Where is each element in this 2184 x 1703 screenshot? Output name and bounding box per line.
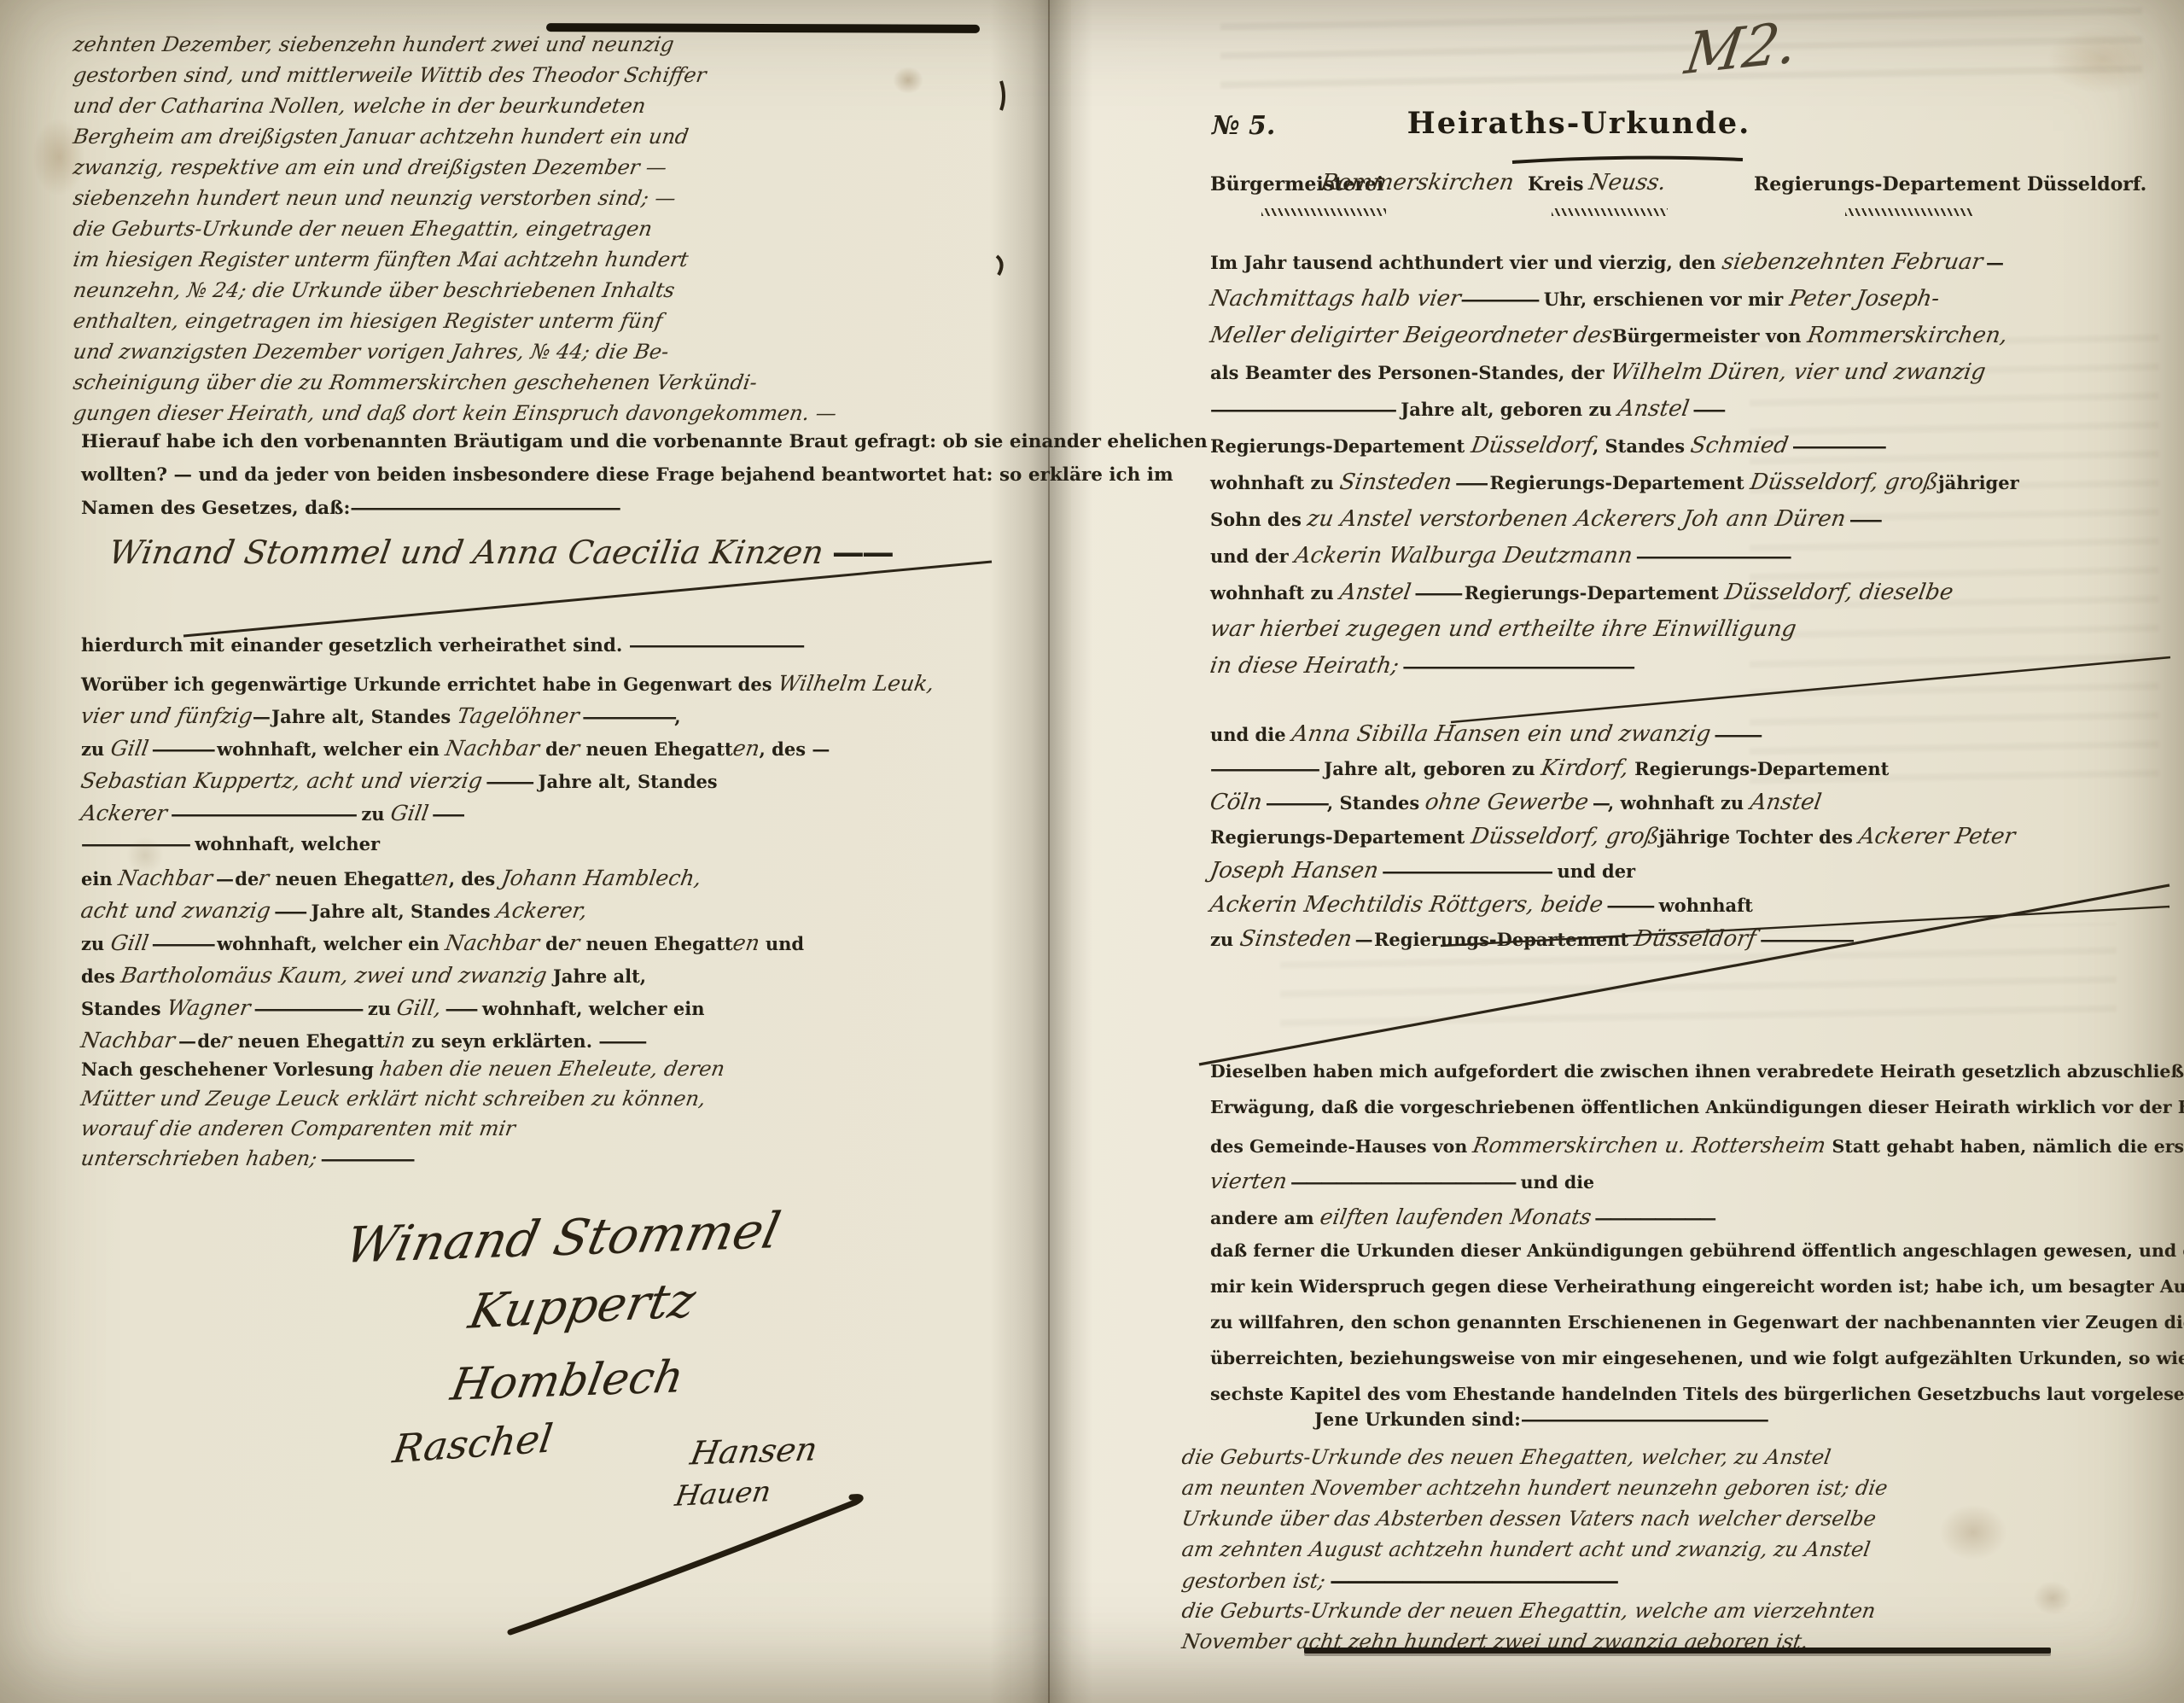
text-line: Nachmittags halb vier ————— Uhr, erschie…: [1210, 286, 2149, 323]
text-line: Namen des Gesetzes, daß:————————————————…: [81, 498, 999, 531]
handwritten-text: siebenzehnten Februar: [1720, 249, 1984, 275]
text-line: andere am eilften laufenden Monats —————…: [1210, 1204, 2149, 1240]
printed-text: Regierungs-Departement: [1210, 826, 1471, 848]
document-title: Heiraths-Urkunde.: [1400, 106, 1758, 141]
handwritten-text: Nachbar: [444, 736, 541, 761]
text-line: worauf die anderen Comparenten mit mir: [81, 1117, 1003, 1146]
handwritten-text: Wagner: [166, 995, 253, 1020]
handwritten-text: vierten: [1208, 1169, 1289, 1193]
text-line: zu Gill ———— wohnhaft, welcher ein Nachb…: [81, 930, 1003, 963]
handwritten-text: und zwanzigsten Dezember vorigen Jahres,…: [72, 340, 671, 364]
text-line: Bergheim am dreißigsten Januar achtzehn …: [73, 125, 987, 155]
rule-fill: ——————: [1756, 929, 1852, 950]
handwritten-text: Gill,: [395, 995, 443, 1020]
rule-fill: ————————————: [167, 803, 355, 825]
rule-fill: ——————: [317, 1148, 412, 1169]
text-line: scheinigung über die zu Rommerskirchen g…: [73, 370, 987, 401]
printed-text: Regierungs-Departement: [1465, 582, 1726, 604]
signature-hansen: Hansen: [688, 1430, 821, 1472]
printed-text: und: [760, 933, 805, 954]
handwritten-text: en: [420, 866, 450, 890]
text-line: ——————— Jahre alt, geboren zu Kirdorf, R…: [1210, 755, 2149, 790]
handwritten-text: Kirdorf,: [1540, 755, 1631, 781]
handwritten-text: en: [731, 736, 760, 761]
text-line: im hiesigen Register unterm fünften Mai …: [73, 248, 987, 278]
text-line: Joseph Hansen ——————————— und der: [1210, 858, 2149, 892]
rule-fill: —: [1589, 792, 1608, 814]
rule-fill: ———————: [1210, 758, 1318, 779]
text-line: des Bartholomäus Kaum, zwei und zwanzig …: [81, 963, 1003, 995]
printed-text: , wohnhaft zu: [1608, 792, 1750, 814]
printed-text: und die: [1210, 724, 1292, 745]
printed-text: wohnhaft, welcher: [189, 833, 380, 854]
printed-text: des Gemeinde-Hauses von: [1210, 1136, 1473, 1157]
text-line: und der Ackerin Walburga Deutzmann —————…: [1210, 543, 2149, 580]
handwritten-text: en: [731, 930, 760, 955]
text-line: ———————————— Jahre alt, geboren zu Anste…: [1210, 396, 2149, 433]
printed-text: Regierungs-Departement: [1374, 929, 1635, 950]
text-line: Mütter und Zeuge Leuck erklärt nicht sch…: [81, 1087, 1003, 1117]
rule-fill: ———————: [250, 998, 361, 1019]
text-line: die Geburts-Urkunde des neuen Ehegatten,…: [1182, 1445, 2155, 1476]
handwritten-text: am zehnten August achtzehn hundert acht …: [1180, 1537, 1872, 1561]
rule-fill: ——: [271, 901, 305, 922]
text-line: enthalten, eingetragen im hiesigen Regis…: [73, 309, 987, 340]
text-line: Worüber ich gegenwärtige Urkunde erricht…: [81, 671, 1003, 703]
printed-text: Worüber ich gegenwärtige Urkunde erricht…: [81, 674, 778, 695]
handwritten-text: Schmied: [1689, 433, 1791, 458]
couple-names-line: Winand Stommel und Anna Caecilia Kinzen …: [109, 533, 997, 571]
printed-text: ein: [81, 868, 119, 889]
rule-fill: ———: [1603, 895, 1652, 916]
printed-text: Sohn des: [1210, 509, 1307, 530]
printed-text: zu: [1210, 929, 1240, 950]
rule-fill: ——: [1452, 472, 1490, 493]
printed-text: wohnhaft zu: [1210, 472, 1340, 493]
printed-text: zu: [362, 998, 398, 1019]
text-line: neunzehn, № 24; die Urkunde über beschri…: [73, 278, 987, 309]
handwritten-text: Urkunde über das Absterben dessen Vaters…: [1180, 1507, 1878, 1531]
printed-text: Regierungs-Departement: [1628, 758, 1890, 779]
handwritten-text: Ackerin Mechtildis Röttgers, beide: [1208, 892, 1605, 918]
handwritten-text: Cöln: [1208, 790, 1264, 815]
text-line: am zehnten August achtzehn hundert acht …: [1182, 1537, 2155, 1568]
text-line: war hierbei zugegen und ertheilte ihre E…: [1210, 616, 2149, 653]
handwritten-text: Düsseldorf: [1633, 926, 1758, 952]
text-line: Erwägung, daß die vorgeschriebenen öffen…: [1210, 1097, 2149, 1133]
printed-text: daß ferner die Urkunden dieser Ankündigu…: [1210, 1240, 2184, 1261]
text-line: zu Sinsteden — Regierungs-Departement Dü…: [1210, 926, 2149, 960]
register-book-spread: zehnten Dezember, siebenzehn hundert zwe…: [0, 0, 2184, 1703]
rule-fill: —————: [1460, 289, 1537, 310]
hatched-underline: [1845, 208, 1973, 216]
handwritten-text: Rommerskirchen,: [1805, 323, 2009, 348]
handwritten-text: eilften laufenden Monats: [1318, 1204, 1593, 1229]
text-line: Standes Wagner ——————— zu Gill, —— wohnh…: [81, 995, 1003, 1028]
handwritten-text: Wilhelm Düren, vier und zwanzig: [1609, 359, 1988, 385]
rule-fill: —: [213, 868, 236, 889]
printed-text: wohnhaft: [1652, 895, 1753, 916]
rule-fill: ————————————: [1210, 399, 1395, 420]
printed-text: Uhr, erschienen vor mir: [1537, 289, 1789, 310]
handwritten-text: Düsseldorf, dieselbe: [1723, 580, 1955, 605]
rule-fill: ————————————————: [1325, 1568, 1616, 1593]
record-number: № 5.: [1212, 111, 1275, 141]
handwritten-text: Joseph Hansen: [1208, 858, 1381, 884]
text-line: Nachbar — der neuen Ehegattin zu seyn er…: [81, 1028, 1003, 1060]
rule-fill: ———————————————: [1399, 656, 1633, 677]
text-line: ein Nachbar — der neuen Ehegatten, des J…: [81, 866, 1003, 898]
listed-documents-section: die Geburts-Urkunde des neuen Ehegatten,…: [1182, 1445, 2155, 1660]
printed-text: Hierauf habe ich den vorbenannten Bräuti…: [81, 431, 1208, 452]
rule-fill: ——: [1846, 509, 1880, 530]
rule-fill: ——: [1689, 399, 1723, 420]
printed-text: de: [197, 1030, 221, 1052]
text-line: hierdurch mit einander gesetzlich verhei…: [81, 635, 999, 656]
text-line: wohnhaft zu Sinsteden —— Regierungs-Depa…: [1210, 469, 2149, 506]
printed-text: Bürgermeister von: [1612, 325, 1808, 347]
text-line: Hierauf habe ich den vorbenannten Bräuti…: [81, 431, 999, 464]
handwritten-text: Bartholomäus Kaum, zwei und zwanzig: [119, 963, 549, 988]
left-printed-married-line: hierdurch mit einander gesetzlich verhei…: [81, 635, 999, 656]
text-line: Ackerer ———————————— zu Gill ——: [81, 801, 1003, 833]
printed-text: Standes: [81, 998, 167, 1019]
printed-text: überreichten, beziehungsweise von mir ei…: [1210, 1348, 2184, 1368]
handwritten-text: gungen dieser Heirath, und daß dort kein…: [72, 401, 690, 425]
handwritten-text: Rommerskirchen u. Rottersheim: [1471, 1133, 1828, 1158]
handwritten-text: Düsseldorf, groß: [1469, 824, 1661, 849]
text-line: Winand Stommel und Anna Caecilia Kinzen …: [109, 533, 997, 571]
rule-fill: ——: [441, 998, 475, 1019]
text-line: ——————— wohnhaft, welcher: [81, 833, 1003, 866]
rule-fill: ———: [1710, 724, 1760, 745]
handwritten-text: Nachbar: [79, 1028, 177, 1053]
handwritten-text: acht und zwanzig: [79, 898, 272, 923]
handwritten-text: haben die neuen Eheleute, deren: [378, 1057, 726, 1081]
groom-entry-section: Im Jahr tausend achthundert vier und vie…: [1210, 249, 2149, 690]
rule-fill: ——————: [1789, 435, 1884, 457]
handwritten-text: Bergheim am dreißigsten Januar achtzehn …: [72, 125, 690, 149]
text-line: daß ferner die Urkunden dieser Ankündigu…: [1210, 1240, 2149, 1276]
printed-text: wollten? — und da jeder von beiden insbe…: [81, 464, 1174, 486]
handwritten-text: Gill: [108, 736, 150, 761]
text-line: gestorben sind, und mittlerweile Wittib …: [73, 63, 987, 94]
handwritten-text: Ackerin Walburga Deutzmann: [1293, 543, 1634, 569]
text-line: am neunten November achtzehn hundert neu…: [1182, 1476, 2155, 1507]
printed-text: des: [81, 965, 121, 987]
text-line: wohnhaft zu Anstel ——— Regierungs-Depart…: [1210, 580, 2149, 616]
printed-text: Jahre alt, Standes: [305, 901, 497, 922]
handwritten-text: Anstel: [1748, 790, 1823, 815]
rule-fill: —: [175, 1030, 198, 1052]
text-line: Regierungs-Departement Düsseldorf, Stand…: [1210, 433, 2149, 469]
handwritten-text: Sebastian Kuppertz, acht und vierzig: [79, 768, 485, 793]
text-line: Dieselben haben mich aufgefordert die zw…: [1210, 1061, 2149, 1097]
rule-fill: ———————: [81, 833, 189, 854]
text-line: Im Jahr tausend achthundert vier und vie…: [1210, 249, 2149, 286]
rule-fill: ——————————: [1632, 545, 1789, 567]
rule-fill: ——: [824, 533, 892, 571]
printed-text: zu: [81, 933, 111, 954]
printed-text: neuen Ehegatt: [579, 738, 732, 760]
handwritten-text: Wilhelm Leuk,: [777, 671, 936, 696]
handwritten-text: zwanzig, respektive am ein und dreißigst…: [72, 155, 668, 179]
rule-fill: —: [1983, 252, 2001, 273]
printed-text: jähriger: [1938, 472, 2019, 493]
hatched-underline: [1552, 208, 1668, 216]
text-line: Regierungs-Departement Düsseldorf, großj…: [1210, 824, 2149, 858]
printed-text: andere am: [1210, 1208, 1320, 1228]
printed-text: de: [539, 933, 569, 954]
handwritten-text: gekommen. —: [687, 401, 838, 425]
printed-text: , Standes: [1327, 792, 1426, 814]
handwritten-text: Sinsteden: [1238, 926, 1354, 952]
printed-text: neuen Ehegatt: [579, 933, 732, 954]
printed-text: zu: [355, 803, 391, 825]
printed-text: wohnhaft, welcher ein: [217, 738, 446, 760]
jene-urkunden-line: Jene Urkunden sind:————————————————: [1314, 1408, 2151, 1430]
printed-text: als Beamter des Personen-Standes, der: [1210, 362, 1610, 383]
printed-text: Jahre alt, Standes: [271, 706, 457, 727]
handwritten-text: in: [383, 1028, 408, 1053]
printed-text: und die: [1514, 1172, 1594, 1193]
rule-fill: ————————: [1591, 1208, 1714, 1228]
handwritten-text: Anna Sibilla Hansen ein und zwanzig: [1290, 721, 1712, 747]
signature-witness-homblech: Homblech: [447, 1351, 688, 1410]
printed-text: Regierungs-Departement: [1490, 472, 1751, 493]
text-line: Meller deligirter Beigeordneter des Bürg…: [1210, 323, 2149, 359]
text-line: vierten ——————————————— und die: [1210, 1169, 2149, 1204]
handwritten-text: gestorben sind, und mittlerweile Wittib …: [72, 63, 708, 87]
handwritten-text: Peter Joseph-: [1787, 286, 1941, 312]
rule-fill: ———————————: [629, 635, 803, 656]
printed-text: Dieselben haben mich aufgefordert die zw…: [1210, 1061, 2184, 1082]
text-line: und zwanzigsten Dezember vorigen Jahres,…: [73, 340, 987, 370]
handwritten-text: Meller deligirter Beigeordneter des: [1208, 323, 1615, 348]
handwritten-text: Sinsteden: [1338, 469, 1454, 495]
handwritten-text: war hierbei zugegen und ertheilte ihre E…: [1208, 616, 1798, 642]
printed-text: zu willfahren, den schon genannten Ersch…: [1210, 1312, 2184, 1333]
handwritten-text: Gill: [108, 930, 150, 955]
printed-text: de: [235, 868, 259, 889]
rule-fill: —: [1351, 929, 1374, 950]
printed-text: Jene Urkunden sind:: [1314, 1408, 1521, 1430]
text-line: zu willfahren, den schon genannten Ersch…: [1210, 1312, 2149, 1348]
handwritten-text: die Geburts-Urkunde der neuen Ehegattin,…: [1180, 1599, 1878, 1623]
hatched-underline: [1261, 208, 1386, 216]
printed-text: Erwägung, daß die vorgeschriebenen öffen…: [1210, 1097, 2184, 1117]
text-line: vier und fünfzig — Jahre alt, Standes Ta…: [81, 703, 1003, 736]
handwritten-text: Winand Stommel und Anna Caecilia Kinzen: [107, 534, 827, 571]
handwritten-text: Anstel: [1616, 396, 1692, 422]
text-line: die Geburts-Urkunde der neuen Ehegattin,…: [73, 217, 987, 248]
printed-text: , des: [760, 738, 812, 760]
handwritten-text: Düsseldorf, groß: [1749, 469, 1941, 495]
handwritten-text: Nachmittags halb vier: [1208, 286, 1463, 312]
printed-text: Jahre alt, geboren zu: [1395, 399, 1618, 420]
rule-fill: ———: [1411, 582, 1465, 604]
text-line: zu Gill ———— wohnhaft, welcher ein Nachb…: [81, 736, 1003, 768]
rule-fill: ———: [598, 1030, 644, 1052]
text-line: die Geburts-Urkunde der neuen Ehegattin,…: [1182, 1599, 2155, 1630]
printed-text: Jahre alt,: [547, 965, 646, 987]
printed-text: und der: [1210, 545, 1295, 567]
text-line: in diese Heirath; ———————————————: [1210, 653, 2149, 690]
printed-text: Jahre alt, geboren zu: [1318, 758, 1541, 779]
text-line: Sebastian Kuppertz, acht und vierzig ———…: [81, 768, 1003, 801]
printed-text: , des: [449, 868, 502, 889]
printed-text: wohnhaft, welcher ein: [217, 933, 446, 954]
text-line: November acht zehn hundert zwei und zwan…: [1182, 1630, 2155, 1660]
text-line: zwanzig, respektive am ein und dreißigst…: [73, 155, 987, 186]
closing-double-rule: [1304, 1648, 2051, 1653]
rule-fill: ——————: [579, 706, 674, 727]
bride-entry-section: und die Anna Sibilla Hansen ein und zwan…: [1210, 721, 2149, 960]
rule-fill: ————: [148, 933, 217, 954]
handwritten-text: Ackerer Peter: [1857, 824, 2018, 849]
handwritten-text: Anstel: [1338, 580, 1413, 605]
handwritten-text: vier und fünfzig: [79, 703, 254, 728]
kreis-value: Neuss.: [1587, 170, 1669, 195]
text-line: Nach geschehener Vorlesung haben die neu…: [81, 1057, 1003, 1087]
handwritten-text: in diese Heirath;: [1208, 653, 1401, 679]
text-line: Urkunde über das Absterben dessen Vaters…: [1182, 1507, 2155, 1537]
printed-text: Statt gehabt haben, nämlich die erste am: [1826, 1136, 2184, 1157]
witness-declaration-section: Worüber ich gegenwärtige Urkunde erricht…: [81, 671, 1003, 1060]
text-line: Jene Urkunden sind:————————————————: [1314, 1408, 2151, 1430]
printed-text: Nach geschehener Vorlesung: [81, 1059, 380, 1080]
handwritten-text: zehnten Dezember, siebenzehn hundert zwe…: [72, 32, 676, 56]
handwritten-text: Düsseldorf: [1469, 433, 1594, 458]
printed-text: mir kein Widerspruch gegen diese Verheir…: [1210, 1276, 2184, 1297]
archival-corner-mark: M2.: [1681, 9, 1802, 87]
text-line: gungen dieser Heirath, und daß dort kein…: [73, 401, 987, 432]
handwritten-text: Ackerer: [79, 801, 169, 825]
handwritten-text: Johann Hamblech,: [499, 866, 702, 890]
handwritten-text: ohne Gewerbe: [1424, 790, 1591, 815]
left-printed-question-paragraph: Hierauf habe ich den vorbenannten Bräuti…: [81, 431, 999, 531]
printed-text: Im Jahr tausend achthundert vier und vie…: [1210, 252, 1722, 273]
handwritten-text: unterschrieben haben;: [79, 1146, 319, 1170]
announcement-paragraph: Dieselben haben mich aufgefordert die zw…: [1210, 1061, 2149, 1420]
handwritten-text: gestorben ist;: [1180, 1569, 1327, 1593]
rule-fill: ———————————————: [1287, 1172, 1515, 1193]
text-line: Ackerin Mechtildis Röttgers, beide ——— w…: [1210, 892, 2149, 926]
text-line: acht und zwanzig —— Jahre alt, Standes A…: [81, 898, 1003, 930]
printed-text: wohnhaft zu: [1210, 582, 1340, 604]
text-line: als Beamter des Personen-Standes, der Wi…: [1210, 359, 2149, 396]
text-line: und die Anna Sibilla Hansen ein und zwan…: [1210, 721, 2149, 755]
handwritten-text: im hiesigen Register unterm fünften Mai …: [72, 248, 690, 271]
text-line: siebenzehn hundert neun und neunzig vers…: [73, 186, 987, 217]
regierungs-departement-label: Regierungs-Departement Düsseldorf.: [1754, 173, 2146, 195]
printed-text: neuen Ehegatt: [269, 868, 422, 889]
signature-hauen: Hauen: [673, 1474, 773, 1513]
handwritten-text: Nachbar: [444, 930, 541, 955]
printed-text: wohnhaft, welcher ein: [476, 998, 705, 1019]
book-gutter-shadow: [990, 0, 1092, 1703]
text-line: Sohn des zu Anstel verstorbenen Ackerers…: [1210, 506, 2149, 543]
book-fold-crease: [1048, 0, 1050, 1703]
handwritten-text: Nachbar: [117, 866, 214, 890]
printed-text: Jahre alt, Standes: [532, 771, 717, 792]
handwritten-text: am neunten November achtzehn hundert neu…: [1180, 1476, 1890, 1500]
rule-fill: —————————————————: [350, 498, 619, 519]
text-line: überreichten, beziehungsweise von mir ei…: [1210, 1348, 2149, 1384]
text-line: wollten? — und da jeder von beiden insbe…: [81, 464, 999, 498]
left-handwritten-continuation: zehnten Dezember, siebenzehn hundert zwe…: [73, 32, 987, 432]
rule-fill: —: [812, 738, 827, 760]
printed-text: zu: [81, 738, 111, 760]
handwritten-text: und der Catharina Nollen, welche in der …: [72, 94, 648, 118]
printed-text: Regierungs-Departement: [1210, 435, 1471, 457]
handwritten-text: Mütter und Zeuge Leuck erklärt nicht sch…: [79, 1087, 708, 1111]
text-line: Cöln ————, Standes ohne Gewerbe —, wohnh…: [1210, 790, 2149, 824]
printed-text: sechste Kapitel des vom Ehestande handel…: [1210, 1384, 2184, 1404]
buergermeisterei-value: Rommerskirchen: [1319, 170, 1516, 195]
text-line: und der Catharina Nollen, welche in der …: [73, 94, 987, 125]
handwritten-text: enthalten, eingetragen im hiesigen Regis…: [72, 309, 665, 333]
handwritten-text: scheinigung über die zu Rommerskirchen g…: [72, 370, 759, 394]
printed-text: jährige Tochter des: [1659, 826, 1860, 848]
printed-text: und der: [1551, 860, 1635, 882]
printed-text: zu seyn erklärten.: [405, 1030, 598, 1052]
closing-statement-section: Nach geschehener Vorlesung haben die neu…: [81, 1057, 1003, 1176]
handwritten-text: die Geburts-Urkunde der neuen Ehegattin,…: [72, 217, 654, 241]
printed-text: hierdurch mit einander gesetzlich verhei…: [81, 635, 629, 656]
handwritten-text: worauf die anderen Comparenten mit mir: [79, 1117, 517, 1140]
rule-fill: ——: [428, 803, 463, 825]
text-line: unterschrieben haben; ——————: [81, 1146, 1003, 1176]
rule-fill: ————: [1262, 792, 1327, 814]
handwritten-text: neunzehn, № 24; die Urkunde über beschri…: [72, 278, 677, 302]
handwritten-text: Ackerer,: [495, 898, 589, 923]
rule-fill: ———: [482, 771, 532, 792]
text-line: des Gemeinde-Hauses von Rommerskirchen u…: [1210, 1133, 2149, 1169]
printed-text: de: [539, 738, 569, 760]
printed-text: , Standes: [1593, 435, 1692, 457]
rule-fill: ————: [148, 738, 217, 760]
text-line: gestorben ist; ————————————————: [1182, 1568, 2155, 1599]
handwritten-text: zu Anstel verstorbenen Ackerers Joh ann …: [1306, 506, 1848, 532]
rule-fill: ———————————: [1378, 860, 1551, 882]
printed-text: ,: [674, 706, 680, 727]
rule-fill: ————————————————: [1521, 1408, 1767, 1430]
handwritten-text: Tagelöhner: [455, 703, 580, 728]
printed-text: Namen des Gesetzes, daß:: [81, 498, 350, 519]
text-line: mir kein Widerspruch gegen diese Verheir…: [1210, 1276, 2149, 1312]
handwritten-text: siebenzehn hundert neun und neunzig vers…: [72, 186, 678, 210]
printed-text: neuen Ehegatt: [231, 1030, 384, 1052]
handwritten-text: die Geburts-Urkunde des neuen Ehegatten,…: [1180, 1445, 1832, 1469]
rule-fill: —: [253, 706, 271, 727]
kreis-label: Kreis: [1528, 173, 1583, 195]
text-line: zehnten Dezember, siebenzehn hundert zwe…: [73, 32, 987, 63]
handwritten-text: Gill: [389, 801, 431, 825]
